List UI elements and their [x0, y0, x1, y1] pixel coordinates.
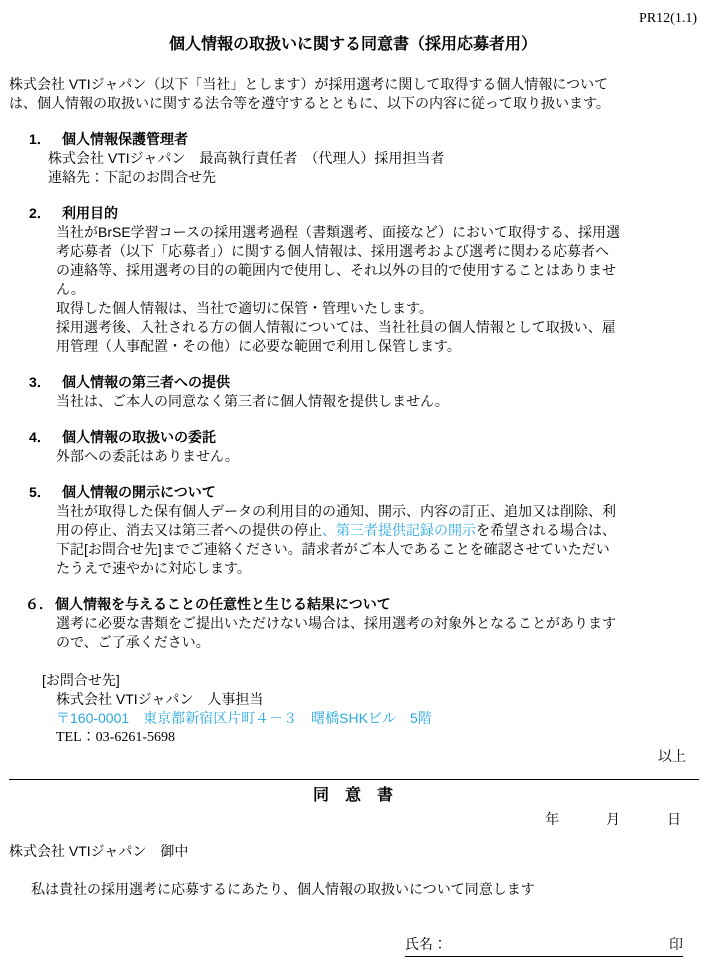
intro-line: 株式会社 VTIジャパン（以下「当社」とします）が採用選考に関して取得する個人情… [9, 75, 697, 94]
document-code: PR12(1.1) [9, 10, 697, 27]
section-body: 当社は、ご本人の同意なく第三者に個人情報を提供しません。 [56, 392, 697, 411]
body-line: ん。 [56, 280, 697, 299]
date-day-label: 日 [667, 810, 681, 829]
section-heading: ６． 個人情報を与えることの任意性と生じる結果について [9, 595, 697, 614]
body-line: 取得した個人情報は、当社で適切に保管・管理いたします。 [56, 299, 697, 318]
contact-tel: TEL：03-6261-5698 [56, 728, 697, 747]
section-number: 1． [29, 130, 62, 149]
section-4-outsourcing: 4． 個人情報の取扱いの委託 外部への委託はありません。 [9, 428, 697, 466]
contact-address: 〒160-0001 東京都新宿区片町４－３ 曙橋SHKビル 5階 [56, 709, 697, 728]
section-heading: 1． 個人情報保護管理者 [9, 130, 697, 149]
body-line: 外部への委託はありません。 [56, 447, 697, 466]
body-line: 株式会社 VTIジャパン 最高執行責任者 （代理人）採用担当者 [48, 149, 697, 168]
section-number: 5． [29, 483, 62, 502]
contact-label: [お問合せ先] [42, 671, 697, 690]
body-line: 用管理（人事配置・その他）に必要な範囲で利用し保管します。 [56, 337, 697, 356]
section-divider-line [9, 779, 699, 780]
section-number: 3． [29, 373, 62, 392]
section-heading-text: 個人情報を与えることの任意性と生じる結果について [55, 595, 391, 614]
section-heading: 4． 個人情報の取扱いの委託 [9, 428, 697, 447]
body-line: 選考に必要な書類をご提出いただけない場合は、採用選考の対象外となることがあります [56, 614, 697, 633]
section-2-purpose-of-use: 2． 利用目的 当社がBrSE学習コースの採用選考過程（書類選考、面接など）にお… [9, 204, 697, 356]
body-line: 採用選考後、入社される方の個人情報については、当社社員の個人情報として取扱い、雇 [56, 318, 697, 337]
section-heading: 2． 利用目的 [9, 204, 697, 223]
body-line: 当社が取得した保有個人データの利用目的の通知、開示、内容の訂正、追加又は削除、利 [56, 502, 697, 521]
section-heading: 5． 個人情報の開示について [9, 483, 697, 502]
body-line: 考応募者（以下「応募者」）に関する個人情報は、採用選考および選考に関わる応募者へ [56, 242, 697, 261]
intro-line: は、個人情報の取扱いに関する法令等を遵守するとともに、以下の内容に従って取り扱い… [9, 94, 697, 113]
section-body: 当社が取得した保有個人データの利用目的の通知、開示、内容の訂正、追加又は削除、利… [56, 502, 697, 578]
body-line: の連絡等、採用選考の目的の範囲内で使用し、それ以外の目的で使用することはありませ [56, 261, 697, 280]
body-line: たうえで速やかに対応します。 [56, 559, 697, 578]
section-3-third-party-provision: 3． 個人情報の第三者への提供 当社は、ご本人の同意なく第三者に個人情報を提供し… [9, 373, 697, 411]
body-text: 用の停止、消去又は第三者への提供の停止 [56, 522, 322, 538]
addressee-line: 株式会社 VTIジャパン 御中 [9, 842, 697, 861]
body-line: 用の停止、消去又は第三者への提供の停止、第三者提供記録の開示を希望される場合は、 [56, 521, 697, 540]
section-body: 当社がBrSE学習コースの採用選考過程（書類選考、面接など）において取得する、採… [56, 223, 697, 356]
body-line: ので、ご了承ください。 [56, 633, 697, 652]
section-6-voluntariness: ６． 個人情報を与えることの任意性と生じる結果について 選考に必要な書類をご提出… [9, 595, 697, 652]
closing-ijou: 以上 [9, 747, 697, 766]
body-line: 当社は、ご本人の同意なく第三者に個人情報を提供しません。 [56, 392, 697, 411]
date-line: 年 月 日 [9, 810, 697, 829]
body-line: 当社がBrSE学習コースの採用選考過程（書類選考、面接など）において取得する、採… [56, 223, 697, 242]
section-heading-text: 個人情報の第三者への提供 [62, 373, 230, 392]
section-heading-text: 個人情報保護管理者 [62, 130, 188, 149]
section-number: 4． [29, 428, 62, 447]
consent-document-page: PR12(1.1) 個人情報の取扱いに関する同意書（採用応募者用） 株式会社 V… [0, 0, 706, 963]
body-text: を希望される場合は、 [476, 522, 616, 538]
section-number: 2． [29, 204, 62, 223]
name-field-label: 氏名： [405, 935, 447, 954]
section-body: 外部への委託はありません。 [56, 447, 697, 466]
section-body: 選考に必要な書類をご提出いただけない場合は、採用選考の対象外となることがあります… [56, 614, 697, 652]
body-line: 連絡先：下記のお問合せ先 [48, 168, 697, 187]
seal-label: 印 [669, 935, 683, 954]
section-number: ６． [25, 595, 55, 614]
document-title: 個人情報の取扱いに関する同意書（採用応募者用） [9, 34, 697, 55]
consent-statement: 私は貴社の採用選考に応募するにあたり、個人情報の取扱いについて同意します [31, 880, 697, 899]
contact-block: [お問合せ先] 株式会社 VTIジャパン 人事担当 〒160-0001 東京都新… [9, 671, 697, 747]
highlighted-text-third-party-record: 、第三者提供記録の開示 [322, 522, 476, 538]
section-body: 株式会社 VTIジャパン 最高執行責任者 （代理人）採用担当者 連絡先：下記のお… [48, 149, 697, 187]
section-heading-text: 利用目的 [62, 204, 118, 223]
consent-form-title: 同 意 書 [9, 786, 697, 806]
date-month-label: 月 [606, 810, 620, 829]
section-heading: 3． 個人情報の第三者への提供 [9, 373, 697, 392]
body-line: 下記[お問合せ先]までご連絡ください。請求者がご本人であることを確認させていただ… [56, 540, 697, 559]
section-1-privacy-manager: 1． 個人情報保護管理者 株式会社 VTIジャパン 最高執行責任者 （代理人）採… [9, 130, 697, 187]
section-heading-text: 個人情報の開示について [62, 483, 216, 502]
date-year-label: 年 [545, 810, 559, 829]
intro-paragraph: 株式会社 VTIジャパン（以下「当社」とします）が採用選考に関して取得する個人情… [9, 75, 697, 113]
section-5-disclosure: 5． 個人情報の開示について 当社が取得した保有個人データの利用目的の通知、開示… [9, 483, 697, 578]
signature-line: 氏名： 印 [405, 935, 683, 957]
contact-company: 株式会社 VTIジャパン 人事担当 [56, 690, 697, 709]
section-heading-text: 個人情報の取扱いの委託 [62, 428, 216, 447]
